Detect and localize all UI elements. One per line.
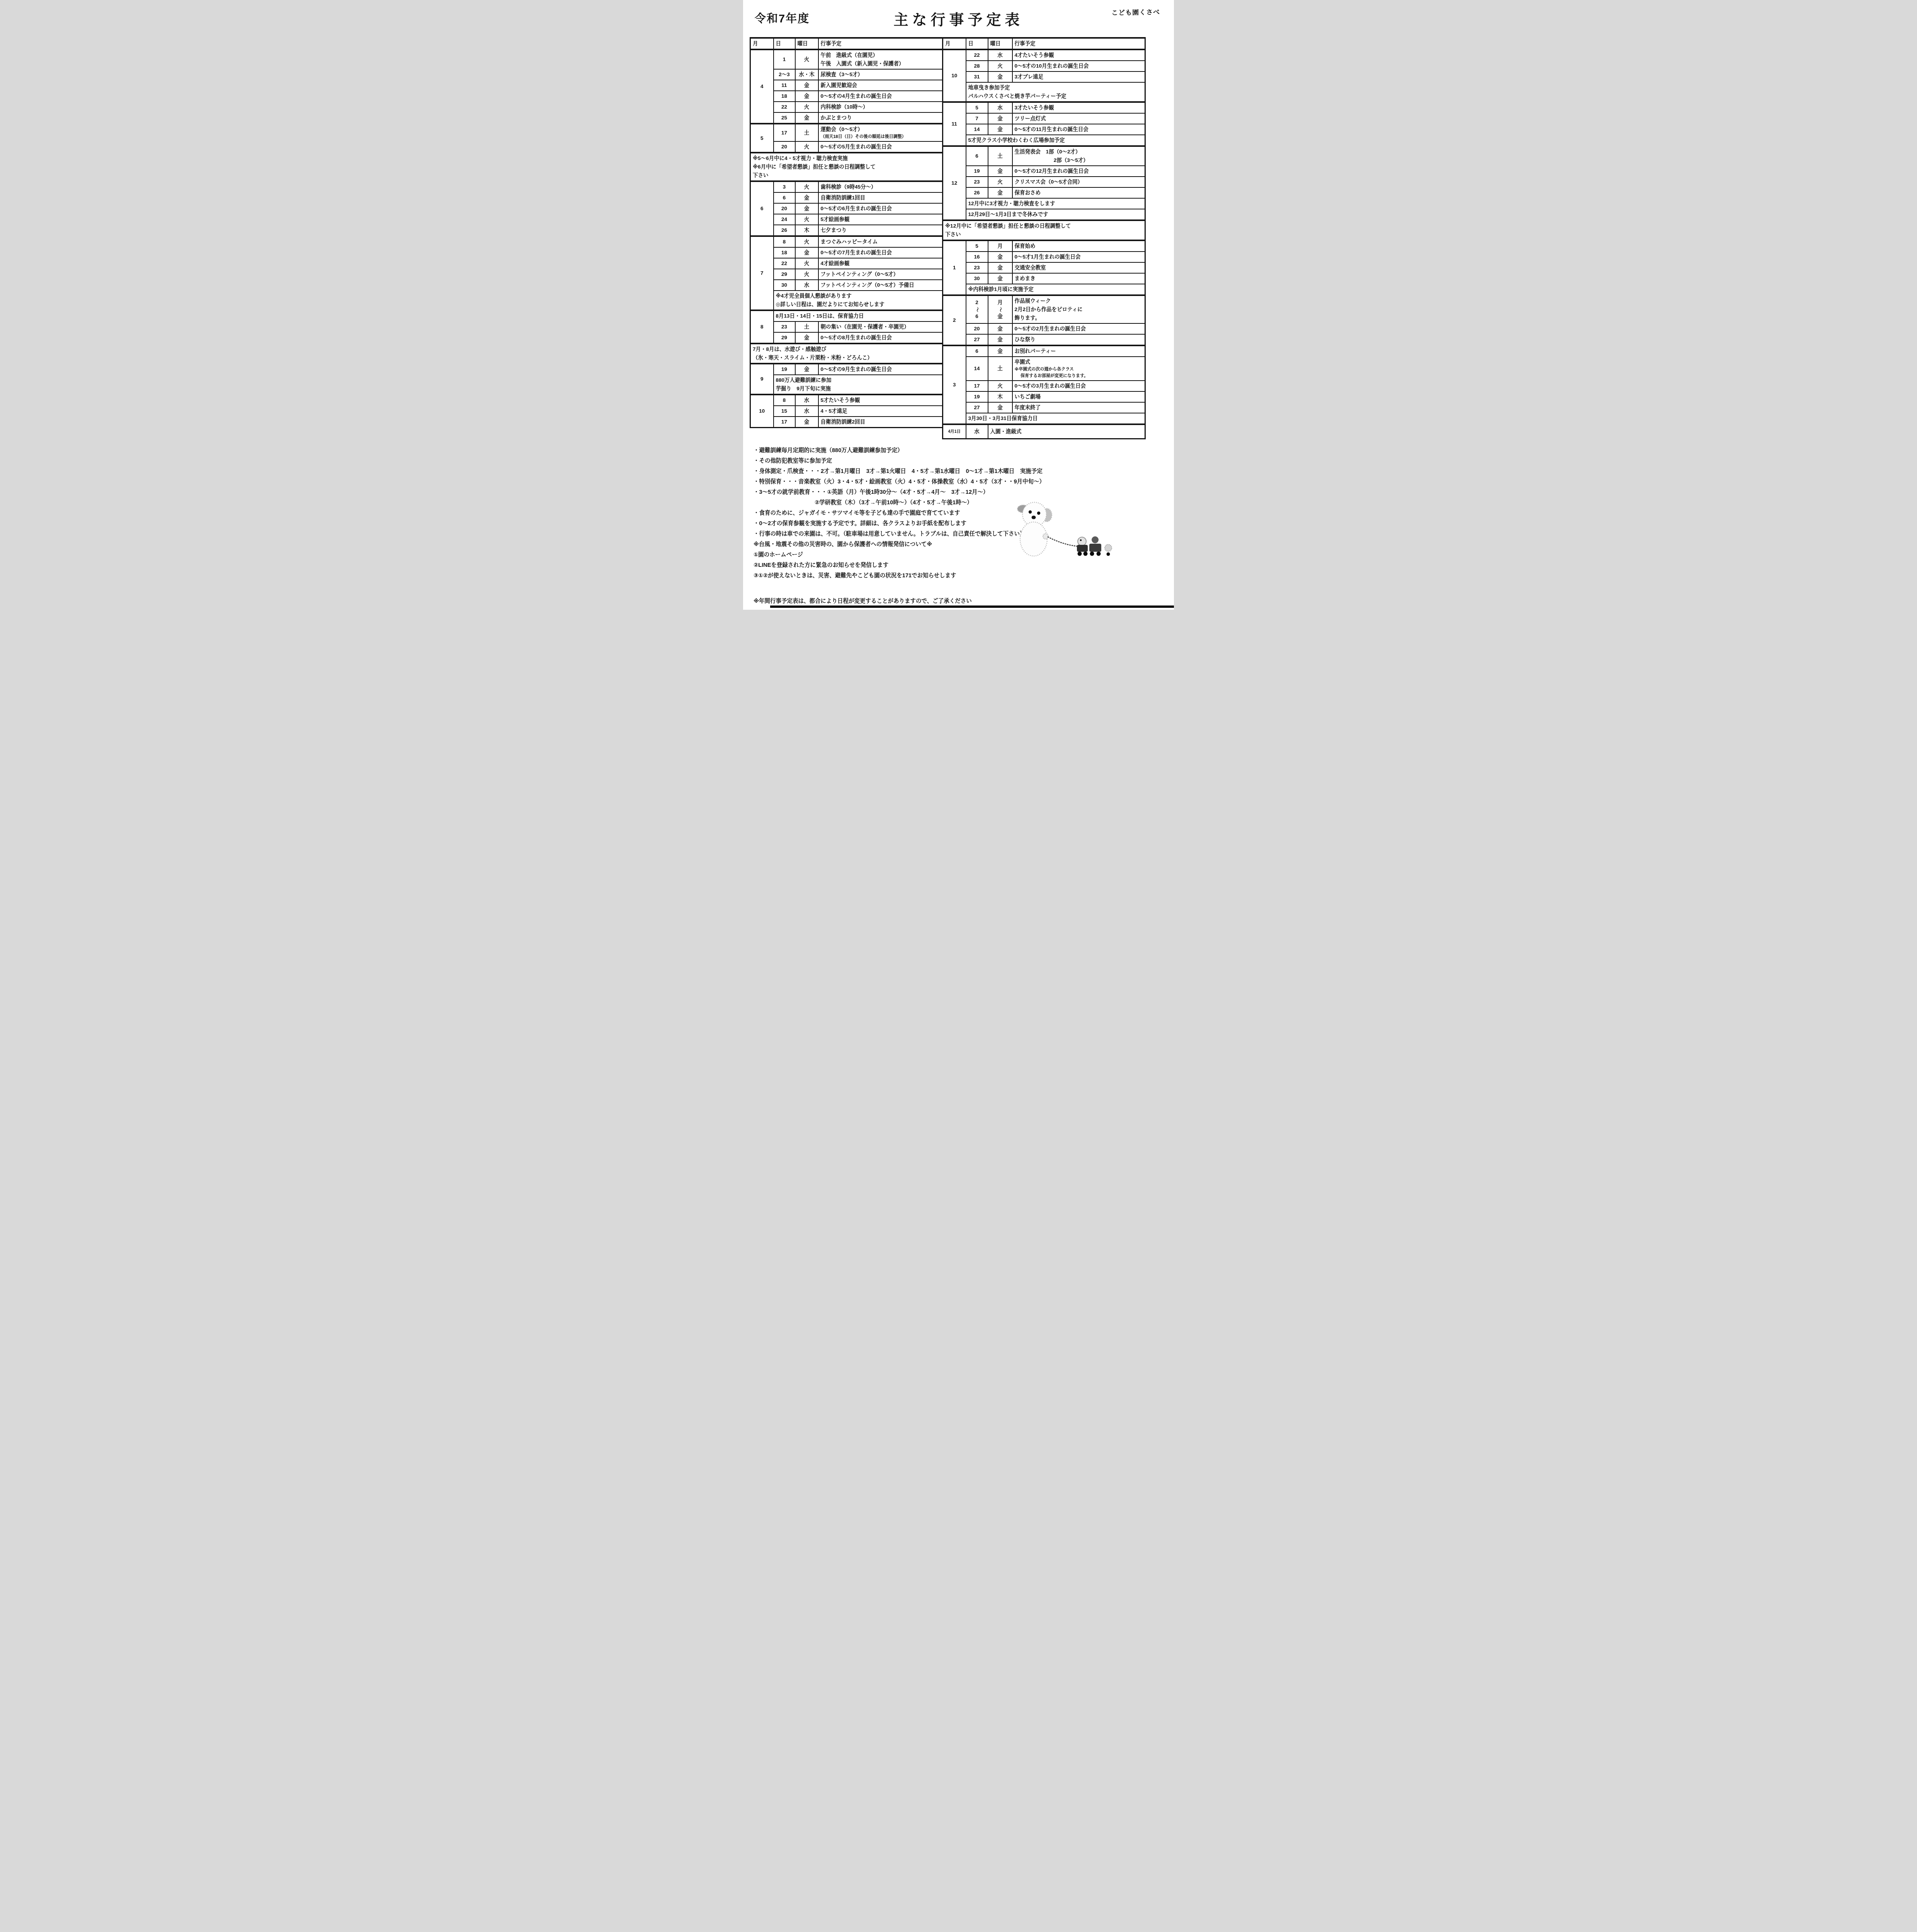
month-cell: 4月1日 [943,424,966,439]
day-cell: 23 [966,262,988,273]
event-cell: 朝の集い（在園児・保護者・卒園児） [818,321,943,332]
weekday-cell: 火 [988,61,1012,71]
month-cell: 7 [750,236,774,310]
table-header-row: 月日曜日行事予定 [943,38,1145,49]
day-cell: 19 [966,391,988,402]
day-cell: 17 [966,381,988,391]
month-cell: 10 [943,49,966,102]
event-cell: フットペインティング（0〜5才）予備日 [818,280,943,291]
text-line: 飾ります。 [1015,314,1143,322]
day-cell: 8 [774,236,795,247]
table-row: 30水フットペインティング（0〜5才）予備日 [750,280,943,291]
day-cell: 28 [966,61,988,71]
weekday-cell: 木 [795,225,818,236]
table-row: 22〜6月〜金作品展ウィーク2月2日から作品をピロティに飾ります。 [943,295,1145,323]
event-cell: 入園・進級式 [988,424,1145,439]
weekday-cell: 土 [988,146,1012,166]
table-row: 地車曳き参加予定パルハウスくさべと焼き芋パーティー予定 [943,82,1145,102]
day-cell: 8 [774,395,795,406]
text-line: 2部（3〜5才） [1054,156,1143,165]
schedule-table-right: 月日曜日行事予定1022水4才たいそう参観28火0〜5才の10月生まれの誕生日会… [942,37,1146,439]
table-row: 27金年度末終了 [943,402,1145,413]
table-row: 19金0〜5才の12月生まれの誕生日会 [943,166,1145,177]
text-line: 午後 入園式（新入園児・保護者） [821,60,941,68]
full-note-cell: ※12月中に「希望者懇談」担任と懇談の日程調整して下さい [943,220,1145,240]
text-line: 7月・8月は、水遊び・感触遊び [753,345,941,354]
day-cell: 22 [966,49,988,61]
event-cell: 生活発表会 1部（0〜2才）2部（3〜5才） [1012,146,1145,166]
event-cell: 卒園式※卒園式の次の週から各クラス保育するお部屋が変更になります。 [1012,357,1145,381]
weekday-cell: 金 [795,417,818,428]
note-cell: 8月13日・14日・15日は、保育協力日 [774,310,943,321]
text-line: 芋掘り 9月下旬に実施 [776,384,941,393]
event-cell: 保育おさめ [1012,187,1145,198]
day-cell: 26 [774,225,795,236]
full-note-cell: ※5〜6月中に4・5才視力・聴力検査実施※6月中に「希望者懇談」担任と懇談の日程… [750,153,943,181]
note-line: ・特別保育・・・音楽教室（火）3・4・5才・絵画教室（火）4・5才・体操教室（水… [754,477,1165,487]
text-line: 8月13日・14日・15日は、保育協力日 [776,312,941,320]
event-cell: まめまき [1012,273,1145,284]
table-row: 3月30日・3月31日保育協力日 [943,413,1145,424]
note-cell: ※内科検診1月頃に実施予定 [966,284,1145,295]
table-row: 25金かぶとまつり [750,112,943,124]
day-cell: 5 [966,102,988,113]
weekday-cell: 金 [988,273,1012,284]
table-row: 18金0〜5才の4月生まれの誕生日会 [750,91,943,102]
table-row: 24火5才絵画参観 [750,214,943,225]
column-header-day: 日 [774,38,795,49]
event-cell: 0〜5才の12月生まれの誕生日会 [1012,166,1145,177]
weekday-cell: 水 [966,424,988,439]
table-row: 108水5才たいそう参観 [750,395,943,406]
weekday-cell: 火 [988,381,1012,391]
note-line: ・避難訓練毎月定期的に実施（880万人避難訓練参加予定） [754,446,1165,456]
weekday-cell: 金 [988,113,1012,124]
month-cell: 8 [750,310,774,344]
weekday-cell: 金 [988,252,1012,262]
table-row: 31金3才プレ遠足 [943,71,1145,82]
weekday-cell: 金 [795,332,818,344]
table-row: 5才児クラス小学校わくわく広場参加予定 [943,135,1145,146]
weekday-cell: 水 [795,395,818,406]
day-cell: 6 [966,146,988,166]
weekday-cell: 土 [988,357,1012,381]
event-cell: 4才絵画参観 [818,258,943,269]
table-row: 14金0〜5才の11月生まれの誕生日会 [943,124,1145,135]
event-cell: 年度末終了 [1012,402,1145,413]
text-line: 3月30日・3月31日保育協力日 [968,414,1143,423]
schedule-document-page: 令和7年度 主な行事予定表 こども園くさべ 月日曜日行事予定41火午前 進級式（… [743,0,1174,610]
text-line: 〜 [997,298,1004,321]
event-cell: ツリー点灯式 [1012,113,1145,124]
fiscal-year-label: 令和7年度 [755,10,810,26]
note-cell: 5才児クラス小学校わくわく広場参加予定 [966,135,1145,146]
table-row: 919金0〜5才の9月生まれの誕生日会 [750,364,943,375]
weekday-cell: 火 [795,49,818,69]
event-cell: 内科検診（10時〜） [818,102,943,112]
event-cell: 5才絵画参観 [818,214,943,225]
note-cell: 地車曳き参加予定パルハウスくさべと焼き芋パーティー予定 [966,82,1145,102]
day-cell: 24 [774,214,795,225]
table-row: 19木いちご劇場 [943,391,1145,402]
month-cell: 4 [750,49,774,124]
weekday-cell: 火 [795,181,818,192]
event-cell: 0〜5才の9月生まれの誕生日会 [818,364,943,375]
day-cell: 18 [774,247,795,258]
event-cell: 0〜5才の6月生まれの誕生日会 [818,203,943,214]
weekday-cell: 水 [988,49,1012,61]
weekday-cell: 火 [795,258,818,269]
event-cell: 0〜5才の11月生まれの誕生日会 [1012,124,1145,135]
table-row: 7金ツリー点灯式 [943,113,1145,124]
text-line: 卒園式 [1015,358,1143,366]
text-line: 下さい [753,171,941,180]
table-row: 29金0〜5才の8月生まれの誕生日会 [750,332,943,344]
table-row: 20金0〜5才の2月生まれの誕生日会 [943,323,1145,334]
day-cell: 20 [774,141,795,153]
table-row: ※4才児全員個人懇談があります◎詳しい日程は、園だよりにてお知らせします [750,291,943,310]
table-row: 12月29日〜1月3日まで冬休みです [943,209,1145,220]
note-cell: ※4才児全員個人懇談があります◎詳しい日程は、園だよりにてお知らせします [774,291,943,310]
weekday-cell: 火 [795,102,818,112]
table-row: 63火歯科検診（9時45分〜） [750,181,943,192]
event-cell: かぶとまつり [818,112,943,124]
column-header-events: 行事予定 [1012,38,1145,49]
weekday-cell: 金 [988,124,1012,135]
weekday-cell: 金 [795,192,818,203]
event-cell: 0〜5才1月生まれの誕生日会 [1012,252,1145,262]
day-cell: 6 [774,192,795,203]
table-row: 17火0〜5才の3月生まれの誕生日会 [943,381,1145,391]
day-cell: 14 [966,124,988,135]
table-row: 6金自衛消防訓練1回目 [750,192,943,203]
text-line: ※5〜6月中に4・5才視力・聴力検査実施 [753,154,941,163]
event-cell: 5才たいそう参観 [818,395,943,406]
event-cell: 新入園児歓迎会 [818,80,943,91]
weekday-cell: 火 [795,236,818,247]
month-cell: 11 [943,102,966,146]
note-cell: 880万人避難訓練に参加芋掘り 9月下旬に実施 [774,375,943,395]
table-row: 26金保育おさめ [943,187,1145,198]
month-cell: 2 [943,295,966,345]
text-line: 〜 [973,299,980,320]
full-note-cell: 7月・8月は、水遊び・感触遊び（氷・寒天・スライム・片栗粉・米粉・どろんこ） [750,344,943,364]
event-cell: 0〜5才の10月生まれの誕生日会 [1012,61,1145,71]
weekday-cell: 水 [988,102,1012,113]
table-row: 26木七夕まつり [750,225,943,236]
day-cell: 30 [774,280,795,291]
day-cell: 16 [966,252,988,262]
text-line: ※内科検診1月頃に実施予定 [968,285,1143,294]
weekday-cell: 金 [795,80,818,91]
event-cell: 作品展ウィーク2月2日から作品をピロティに飾ります。 [1012,295,1145,323]
event-cell: まつぐみハッピータイム [818,236,943,247]
event-cell: 3才プレ遠足 [1012,71,1145,82]
table-row: 1022水4才たいそう参観 [943,49,1145,61]
table-row: 30金まめまき [943,273,1145,284]
note-line: ・3〜5才の就学前教育・・・①英語（月）午後1時30分〜（4才・5才→4月〜 3… [754,487,1165,498]
text-line: ※6月中に「希望者懇談」担任と懇談の日程調整して [753,163,941,171]
column-header-month: 月 [943,38,966,49]
day-cell: 2〜6 [966,295,988,323]
weekday-cell: 金 [795,91,818,102]
text-line: 下さい [945,230,1143,239]
weekday-cell: 金 [988,334,1012,345]
event-cell: ひな祭り [1012,334,1145,345]
table-header-row: 月日曜日行事予定 [750,38,943,49]
event-cell: 0〜5才の7月生まれの誕生日会 [818,247,943,258]
table-row: 517土運動会（0〜5才）（雨天18日（日）その後の順延は後日調整） [750,124,943,141]
table-row: 88月13日・14日・15日は、保育協力日 [750,310,943,321]
day-cell: 20 [966,323,988,334]
day-cell: 14 [966,357,988,381]
weekday-cell: 金 [795,203,818,214]
day-cell: 30 [966,273,988,284]
text-line: 12月中に3才視力・聴力検査をします [968,199,1143,208]
day-cell: 1 [774,49,795,69]
event-cell: クリスマス会（0〜5才合同） [1012,177,1145,187]
day-cell: 20 [774,203,795,214]
day-cell: 27 [966,402,988,413]
day-cell: 2〜3 [774,69,795,80]
column-header-weekday: 曜日 [795,38,818,49]
day-cell: 6 [966,345,988,357]
table-row: 16金0〜5才1月生まれの誕生日会 [943,252,1145,262]
weekday-cell: 月〜金 [988,295,1012,323]
note-line: ③①②が使えないときは、災害、避難先やこども園の状況を171でお知らせします [754,571,1165,581]
weekday-cell: 火 [795,269,818,280]
event-cell: 0〜5才の4月生まれの誕生日会 [818,91,943,102]
month-cell: 9 [750,364,774,395]
table-row: 2〜3水・木尿検査（3〜5才） [750,69,943,80]
event-cell: 交通安全教室 [1012,262,1145,273]
table-row: 4月1日水入園・進級式 [943,424,1145,439]
day-cell: 15 [774,406,795,417]
column-header-month: 月 [750,38,774,49]
event-cell: 4・5才遠足 [818,406,943,417]
day-cell: 17 [774,124,795,141]
table-row: 41火午前 進級式（在園児）午後 入園式（新入園児・保護者） [750,49,943,69]
table-row: 17金自衛消防訓練2回目 [750,417,943,428]
table-row: 15月保育始め [943,240,1145,252]
table-row: 20金0〜5才の6月生まれの誕生日会 [750,203,943,214]
weekday-cell: 木 [988,391,1012,402]
note-cell: 12月29日〜1月3日まで冬休みです [966,209,1145,220]
day-cell: 17 [774,417,795,428]
table-row: 22火内科検診（10時〜） [750,102,943,112]
day-cell: 23 [774,321,795,332]
day-cell: 22 [774,258,795,269]
schedule-tables: 月日曜日行事予定41火午前 進級式（在園児）午後 入園式（新入園児・保護者）2〜… [743,37,1174,439]
weekday-cell: 金 [795,112,818,124]
text-line: ※卒園式の次の週から各クラス [1015,366,1143,373]
weekday-cell: 金 [988,402,1012,413]
text-line: ※4才児全員個人懇談があります [776,292,941,300]
weekday-cell: 金 [988,71,1012,82]
day-cell: 29 [774,269,795,280]
column-header-weekday: 曜日 [988,38,1012,49]
event-cell: 0〜5才の8月生まれの誕生日会 [818,332,943,344]
table-row: ※内科検診1月頃に実施予定 [943,284,1145,295]
weekday-cell: 金 [795,247,818,258]
month-cell: 6 [750,181,774,236]
text-line: （氷・寒天・スライム・片栗粉・米粉・どろんこ） [753,354,941,362]
weekday-cell: 金 [988,187,1012,198]
event-cell: 歯科検診（9時45分〜） [818,181,943,192]
note-cell: 12月中に3才視力・聴力検査をします [966,198,1145,209]
weekday-cell: 月 [988,240,1012,252]
text-line: パルハウスくさべと焼き芋パーティー予定 [968,92,1143,100]
text-line: 午前 進級式（在園児） [821,51,941,60]
table-row: 11金新入園児歓迎会 [750,80,943,91]
event-cell: お別れパーティー [1012,345,1145,357]
puppy-pulling-toy-train-illustration [996,497,1120,564]
weekday-cell: 火 [988,177,1012,187]
text-line: 5才児クラス小学校わくわく広場参加予定 [968,136,1143,145]
text-line: 2月2日から作品をピロティに [1015,305,1143,314]
table-row: 28火0〜5才の10月生まれの誕生日会 [943,61,1145,71]
table-row: 12月中に3才視力・聴力検査をします [943,198,1145,209]
day-cell: 18 [774,91,795,102]
event-cell: 七夕まつり [818,225,943,236]
weekday-cell: 金 [988,166,1012,177]
day-cell: 11 [774,80,795,91]
table-row: 23土朝の集い（在園児・保護者・卒園児） [750,321,943,332]
month-cell: 5 [750,124,774,153]
note-cell: 3月30日・3月31日保育協力日 [966,413,1145,424]
day-cell: 5 [966,240,988,252]
weekday-cell: 金 [988,262,1012,273]
table-row: 36金お別れパーティー [943,345,1145,357]
table-row: 14土卒園式※卒園式の次の週から各クラス保育するお部屋が変更になります。 [943,357,1145,381]
table-row: 880万人避難訓練に参加芋掘り 9月下旬に実施 [750,375,943,395]
table-row: 27金ひな祭り [943,334,1145,345]
weekday-cell: 土 [795,124,818,141]
event-cell: 3才たいそう参観 [1012,102,1145,113]
month-cell: 3 [943,345,966,424]
text-line: （雨天18日（日）その後の順延は後日調整） [821,134,941,140]
month-cell: 1 [943,240,966,295]
text-line: 保育するお部屋が変更になります。 [1021,373,1143,379]
weekday-cell: 金 [795,364,818,375]
event-cell: フットペインティング（0〜5才） [818,269,943,280]
table-row: 29火フットペインティング（0〜5才） [750,269,943,280]
weekday-cell: 土 [795,321,818,332]
weekday-cell: 火 [795,214,818,225]
schedule-table-left: 月日曜日行事予定41火午前 進級式（在園児）午後 入園式（新入園児・保護者）2〜… [750,37,943,428]
text-line: 生活発表会 1部（0〜2才） [1015,148,1143,156]
full-note-row: ※12月中に「希望者懇談」担任と懇談の日程調整して下さい [943,220,1145,240]
table-row: 23金交通安全教室 [943,262,1145,273]
text-line: 作品展ウィーク [1015,297,1143,305]
weekday-cell: 水 [795,406,818,417]
day-cell: 19 [774,364,795,375]
table-row: 78火まつぐみハッピータイム [750,236,943,247]
table-row: 115水3才たいそう参観 [943,102,1145,113]
footnote: ※年間行事予定表は、都合により日程が変更することがありますので、ご了承ください [743,581,1174,605]
column-header-events: 行事予定 [818,38,943,49]
event-cell: 0〜5才の3月生まれの誕生日会 [1012,381,1145,391]
column-header-day: 日 [966,38,988,49]
event-cell: 運動会（0〜5才）（雨天18日（日）その後の順延は後日調整） [818,124,943,141]
text-line: 12月29日〜1月3日まで冬休みです [968,210,1143,219]
day-cell: 31 [966,71,988,82]
day-cell: 27 [966,334,988,345]
event-cell: 0〜5才の2月生まれの誕生日会 [1012,323,1145,334]
event-cell: 自衛消防訓練2回目 [818,417,943,428]
day-cell: 19 [966,166,988,177]
month-cell: 12 [943,146,966,220]
day-cell: 23 [966,177,988,187]
weekday-cell: 火 [795,141,818,153]
note-line: ・その他防犯教室等に参加予定 [754,456,1165,466]
event-cell: 4才たいそう参観 [1012,49,1145,61]
scan-edge-artifact [770,605,1174,608]
event-cell: 午前 進級式（在園児）午後 入園式（新入園児・保護者） [818,49,943,69]
table-row: 126土生活発表会 1部（0〜2才）2部（3〜5才） [943,146,1145,166]
event-cell: 0〜5才の5月生まれの誕生日会 [818,141,943,153]
document-header: 令和7年度 主な行事予定表 こども園くさべ [743,0,1174,34]
weekday-cell: 金 [988,323,1012,334]
table-row: 18金0〜5才の7月生まれの誕生日会 [750,247,943,258]
full-note-row: ※5〜6月中に4・5才視力・聴力検査実施※6月中に「希望者懇談」担任と懇談の日程… [750,153,943,181]
table-row: 15水4・5才遠足 [750,406,943,417]
table-row: 22火4才絵画参観 [750,258,943,269]
month-cell: 10 [750,395,774,428]
weekday-cell: 水・木 [795,69,818,80]
event-cell: 自衛消防訓練1回目 [818,192,943,203]
note-line: ・身体測定・爪検査・・・2才→第1月曜日 3才→第1火曜日 4・5才→第1水曜日… [754,466,1165,477]
day-cell: 29 [774,332,795,344]
org-name: こども園くさべ [1111,7,1160,17]
day-cell: 3 [774,181,795,192]
event-cell: 保育始め [1012,240,1145,252]
day-cell: 22 [774,102,795,112]
weekday-cell: 水 [795,280,818,291]
table-row: 23火クリスマス会（0〜5才合同） [943,177,1145,187]
text-line: 地車曳き参加予定 [968,83,1143,92]
full-note-row: 7月・8月は、水遊び・感触遊び（氷・寒天・スライム・片栗粉・米粉・どろんこ） [750,344,943,364]
event-cell: いちご劇場 [1012,391,1145,402]
text-line: 880万人避難訓練に参加 [776,376,941,384]
day-cell: 25 [774,112,795,124]
day-cell: 26 [966,187,988,198]
text-line: 運動会（0〜5才） [821,125,941,134]
day-cell: 7 [966,113,988,124]
weekday-cell: 金 [988,345,1012,357]
text-line: ※12月中に「希望者懇談」担任と懇談の日程調整して [945,222,1143,230]
table-row: 20火0〜5才の5月生まれの誕生日会 [750,141,943,153]
text-line: ◎詳しい日程は、園だよりにてお知らせします [776,300,941,309]
event-cell: 尿検査（3〜5才） [818,69,943,80]
